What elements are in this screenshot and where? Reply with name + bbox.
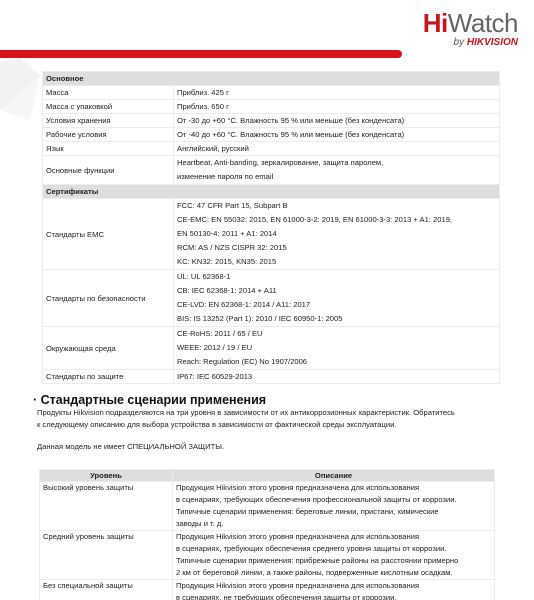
spec-value-line: CE-RoHS: 2011 / 65 / EU <box>177 327 496 341</box>
spec-key: Стандарты по безопасности <box>43 270 174 327</box>
description-line: Продукция Hikvision этого уровня предназ… <box>176 482 491 494</box>
spec-key: Масса с упаковкой <box>43 100 174 114</box>
spec-value-line: FCC: 47 CFR Part 15, Subpart B <box>177 199 496 213</box>
spec-key: Масса <box>43 86 174 100</box>
description-line: Продукция Hikvision этого уровня предназ… <box>176 531 491 543</box>
specifications-table: ОсновноеМассаПриблиз. 425 гМасса с упако… <box>42 71 500 384</box>
table-row: Условия храненияОт -30 до +60 °C. Влажно… <box>43 114 500 128</box>
table-row: Окружающая средаCE-RoHS: 2011 / 65 / EUW… <box>43 327 500 370</box>
header-red-bar <box>0 50 402 58</box>
spec-value-line: Приблиз. 425 г <box>177 86 496 99</box>
logo-watch: Watch <box>448 8 518 38</box>
section-title: Сертификаты <box>43 185 500 199</box>
section-heading-text: Стандартные сценарии применения <box>41 393 266 407</box>
spec-key: Стандарты EMC <box>43 199 174 270</box>
section-header-row: Основное <box>43 72 500 86</box>
spec-key: Условия хранения <box>43 114 174 128</box>
spec-value-line: UL: UL 62368-1 <box>177 270 496 284</box>
table-row: Основные функцииHeartbeat, Anti-banding,… <box>43 156 500 185</box>
spec-value: Английский, русский <box>174 142 500 156</box>
table-row: Масса с упаковкойПриблиз. 650 г <box>43 100 500 114</box>
spec-value: CE-RoHS: 2011 / 65 / EUWEEE: 2012 / 19 /… <box>174 327 500 370</box>
intro-line: к следующему описанию для выбора устройс… <box>37 419 455 431</box>
description-line: Типичные сценарии применения: прибрежные… <box>176 555 491 567</box>
intro-paragraph: Продукты Hikvision подразделяются на три… <box>37 407 455 431</box>
level-description: Продукция Hikvision этого уровня предназ… <box>173 482 495 531</box>
table-row: ЯзыкАнглийский, русский <box>43 142 500 156</box>
table-row: Средний уровень защитыПродукция Hikvisio… <box>40 531 495 580</box>
table-row: Стандарты по защитеIP67: IEC 60529-2013 <box>43 370 500 384</box>
spec-value: FCC: 47 CFR Part 15, Subpart BCE-EMC: EN… <box>174 199 500 270</box>
spec-value-line: Приблиз. 650 г <box>177 100 496 113</box>
spec-value: Heartbeat, Anti-banding, зеркалирование,… <box>174 156 500 185</box>
spec-key: Основные функции <box>43 156 174 185</box>
spec-value-line: CE-LVD: EN 62368-1: 2014 / A11: 2017 <box>177 298 496 312</box>
spec-key: Стандарты по защите <box>43 370 174 384</box>
spec-key: Окружающая среда <box>43 327 174 370</box>
description-line: Типичные сценарии применения: береговые … <box>176 506 491 518</box>
logo-hikvision: HIKVISION <box>467 37 518 48</box>
protection-levels-table: УровеньОписаниеВысокий уровень защитыПро… <box>39 469 495 600</box>
spec-value: От -40 до +60 °C. Влажность 95 % или мен… <box>174 128 500 142</box>
table-row: Высокий уровень защитыПродукция Hikvisio… <box>40 482 495 531</box>
spec-value: Приблиз. 650 г <box>174 100 500 114</box>
intro-line: Продукты Hikvision подразделяются на три… <box>37 407 455 419</box>
description-line: в сценариях, не требующих обеспечения за… <box>176 592 491 600</box>
spec-value: UL: UL 62368-1CB: IEC 62368-1: 2014 + A1… <box>174 270 500 327</box>
level-description: Продукция Hikvision этого уровня предназ… <box>173 580 495 600</box>
spec-value: IP67: IEC 60529-2013 <box>174 370 500 384</box>
description-line: в сценариях, требующих обеспечения средн… <box>176 543 491 555</box>
section-header-row: Сертификаты <box>43 185 500 199</box>
spec-value: Приблиз. 425 г <box>174 86 500 100</box>
spec-value: От -30 до +60 °C. Влажность 95 % или мен… <box>174 114 500 128</box>
table-row: Стандарты EMCFCC: 47 CFR Part 15, Subpar… <box>43 199 500 270</box>
spec-value-line: Английский, русский <box>177 142 496 155</box>
description-line: заводы и т. д. <box>176 518 491 530</box>
table-row: Рабочие условияОт -40 до +60 °C. Влажнос… <box>43 128 500 142</box>
spec-value-line: IP67: IEC 60529-2013 <box>177 370 496 383</box>
spec-value-line: изменение пароля по email <box>177 170 496 184</box>
table-row: МассаПриблиз. 425 г <box>43 86 500 100</box>
spec-value-line: CB: IEC 62368-1: 2014 + A11 <box>177 284 496 298</box>
logo-by: by <box>454 37 465 48</box>
table-row: Без специальной защитыПродукция Hikvisio… <box>40 580 495 600</box>
description-line: 2 км от береговой линии, а также районы,… <box>176 567 491 579</box>
spec-value-line: Reach: Regulation (EC) No 1907/2006 <box>177 355 496 369</box>
spec-key: Язык <box>43 142 174 156</box>
description-line: Продукция Hikvision этого уровня предназ… <box>176 580 491 592</box>
hiwatch-logo: HiWatch by HIKVISION <box>404 10 518 49</box>
spec-value-line: От -40 до +60 °C. Влажность 95 % или мен… <box>177 128 496 141</box>
level-name: Без специальной защиты <box>40 580 173 600</box>
spec-value-line: Heartbeat, Anti-banding, зеркалирование,… <box>177 156 496 170</box>
column-header: Уровень <box>40 470 173 482</box>
logo-hi: Hi <box>423 8 448 38</box>
spec-value-line: BIS: IS 13252 (Part 1): 2010 / IEC 60950… <box>177 312 496 326</box>
spec-value-line: KC: KN32: 2015, KN35: 2015 <box>177 255 496 269</box>
spec-value-line: EN 50130-4: 2011 + A1: 2014 <box>177 227 496 241</box>
section-title: Основное <box>43 72 500 86</box>
spec-value-line: RCM: AS / NZS CISPR 32: 2015 <box>177 241 496 255</box>
table-row: Стандарты по безопасностиUL: UL 62368-1C… <box>43 270 500 327</box>
level-name: Средний уровень защиты <box>40 531 173 580</box>
table-header-row: УровеньОписание <box>40 470 495 482</box>
model-note: Данная модель не имеет СПЕЦИАЛЬНОЙ ЗАЩИТ… <box>37 441 224 453</box>
spec-value-line: WEEE: 2012 / 19 / EU <box>177 341 496 355</box>
spec-value-line: От -30 до +60 °C. Влажность 95 % или мен… <box>177 114 496 127</box>
section-heading: · Стандартные сценарии применения <box>33 393 266 407</box>
description-line: в сценариях, требующих обеспечения профе… <box>176 494 491 506</box>
spec-key: Рабочие условия <box>43 128 174 142</box>
column-header: Описание <box>173 470 495 482</box>
level-name: Высокий уровень защиты <box>40 482 173 531</box>
level-description: Продукция Hikvision этого уровня предназ… <box>173 531 495 580</box>
spec-value-line: CE-EMC: EN 55032: 2015, EN 61000-3-2: 20… <box>177 213 496 227</box>
